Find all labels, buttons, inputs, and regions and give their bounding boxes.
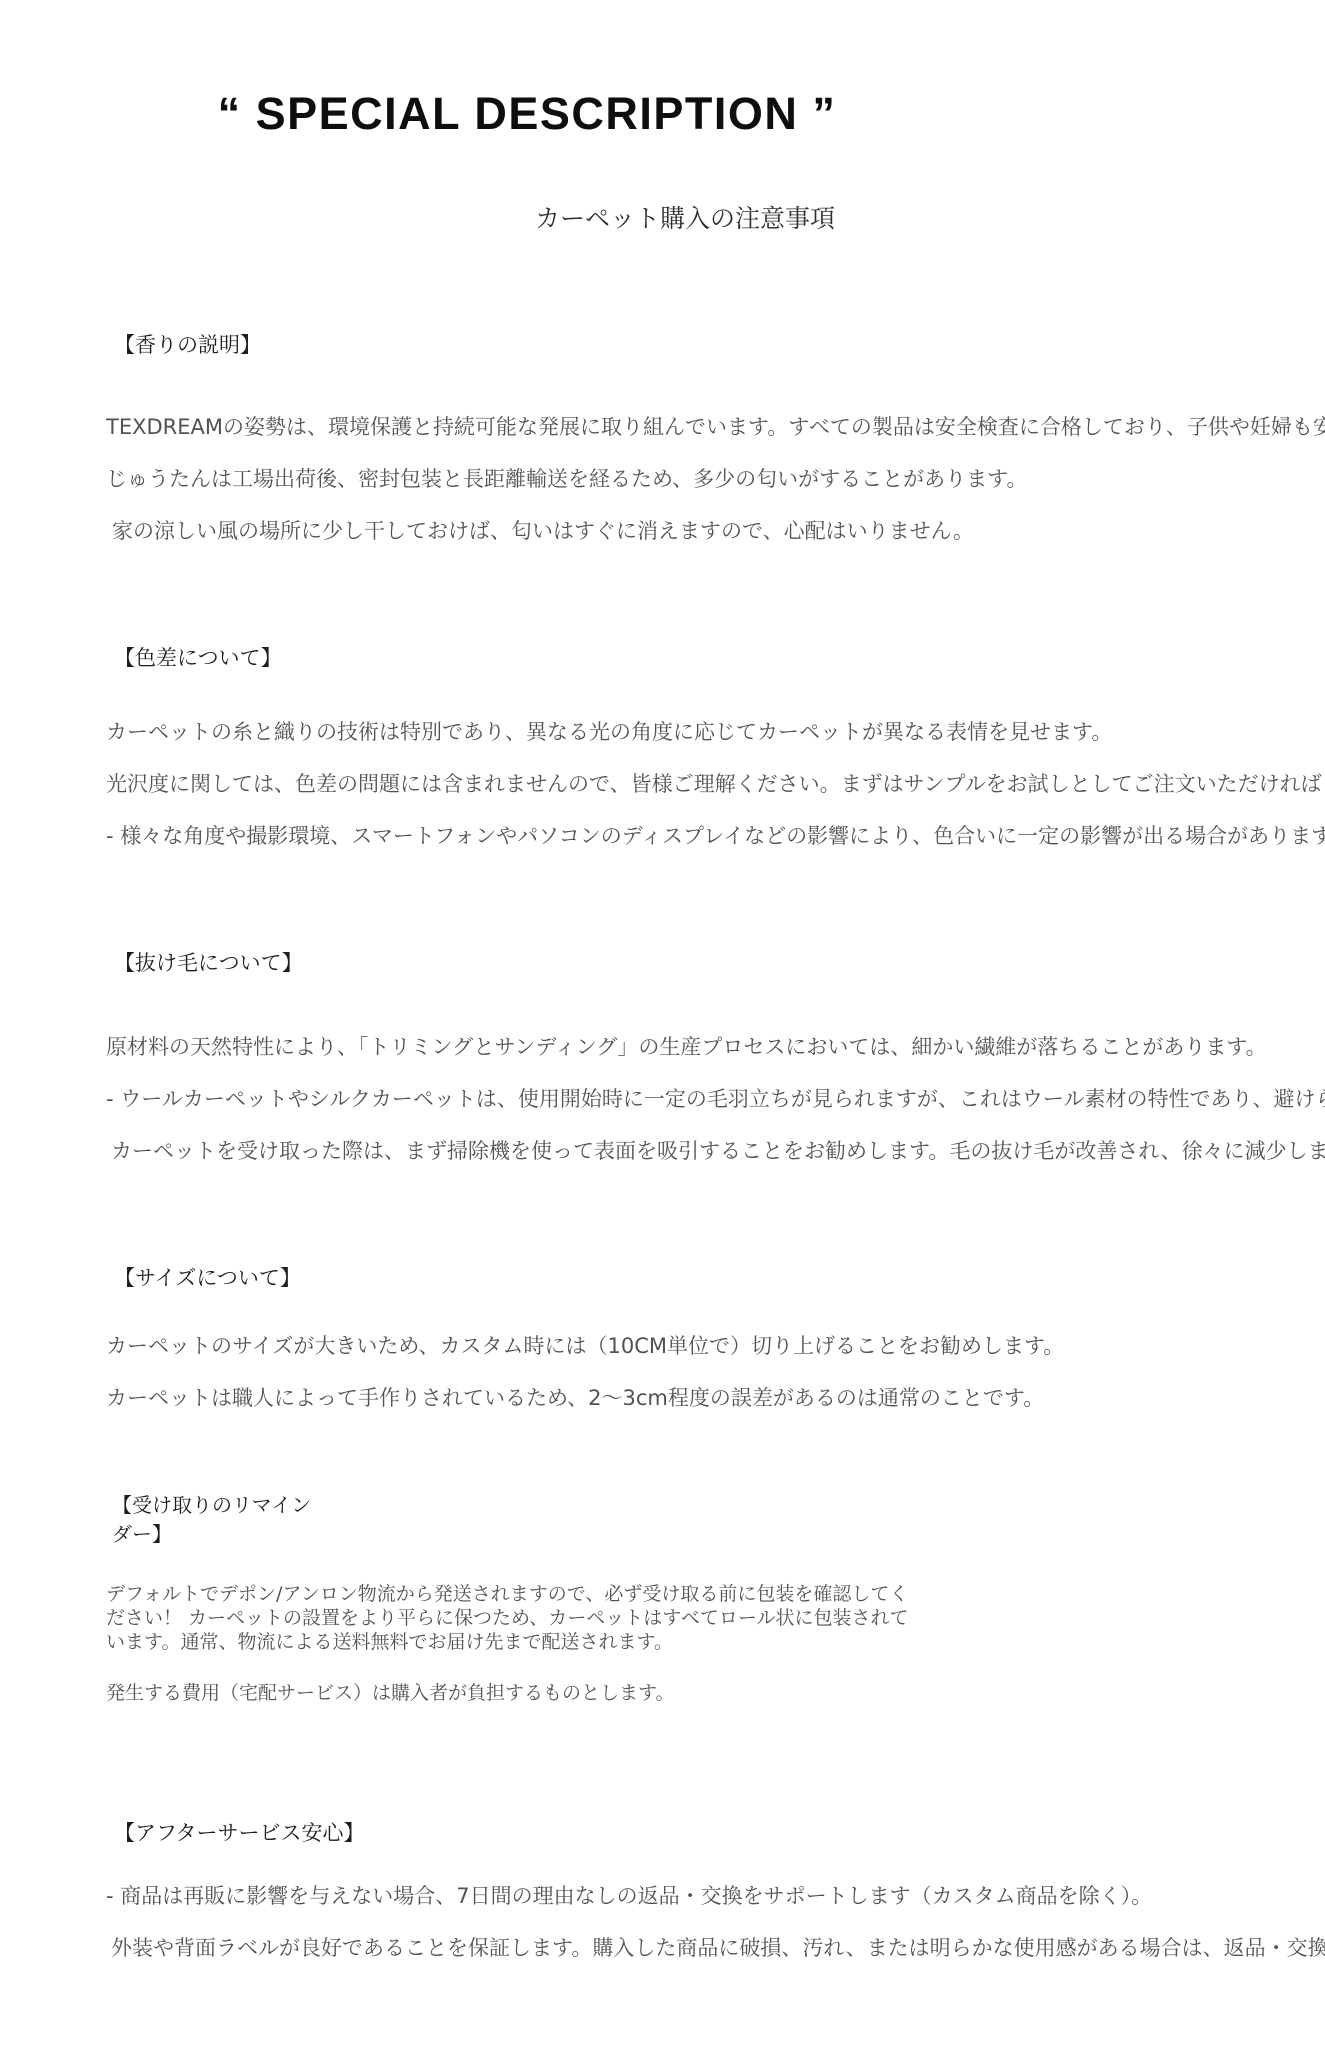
page-title: “ SPECIAL DESCRIPTION ” — [0, 88, 1054, 140]
paragraph-line: カーペットを受け取った際は、まず掃除機を使って表面を吸引することをお勧めします。… — [111, 1138, 1325, 1165]
section-heading-shedding: 【抜け毛について】 — [114, 950, 303, 977]
section-heading-after-service: 【アフターサービス安心】 — [114, 1820, 365, 1847]
page-subtitle: カーペット購入の注意事項 — [535, 199, 835, 235]
paragraph-line: TEXDREAMの姿勢は、環境保護と持続可能な発展に取り組んでいます。すべての製… — [106, 414, 1325, 441]
paragraph-line: カーペットは職人によって手作りされているため、2〜3cm程度の誤差があるのは通常… — [106, 1385, 1044, 1412]
section-heading-color-difference: 【色差について】 — [114, 645, 282, 672]
section-heading-scent: 【香りの説明】 — [114, 332, 261, 359]
paragraph-line: います。通常、物流による送料無料でお届け先まで配送されます。 — [106, 1631, 673, 1655]
paragraph-line: 発生する費用（宅配サービス）は購入者が負担するものとします。 — [106, 1682, 674, 1706]
section-heading-receiving-reminder-line1: 【受け取りのリマイン — [112, 1492, 311, 1518]
paragraph-line: カーペットのサイズが大きいため、カスタム時には（10CM単位で）切り上げることを… — [106, 1333, 1064, 1360]
product-description-page: “ SPECIAL DESCRIPTION ” カーペット購入の注意事項 【香り… — [0, 0, 1325, 2048]
paragraph-line: 原材料の天然特性により、「トリミングとサンディング」の生産プロセスにおいては、細… — [106, 1034, 1267, 1061]
paragraph-line: じゅうたんは工場出荷後、密封包装と長距離輸送を経るため、多少の匂いがすることがあ… — [106, 466, 1027, 493]
section-heading-size: 【サイズについて】 — [114, 1265, 301, 1292]
paragraph-line: 家の涼しい風の場所に少し干しておけば、匂いはすぐに消えますので、心配はいりません… — [112, 518, 974, 545]
paragraph-line: カーペットの糸と織りの技術は特別であり、異なる光の角度に応じてカーペットが異なる… — [106, 719, 1112, 746]
paragraph-line: 光沢度に関しては、色差の問題には含まれませんので、皆様ご理解ください。まずはサン… — [106, 771, 1322, 798]
paragraph-line: デフォルトでデポン/アンロン物流から発送されますので、必ず受け取る前に包装を確認… — [106, 1583, 908, 1607]
paragraph-line: - ウールカーペットやシルクカーペットは、使用開始時に一定の毛羽立ちが見られます… — [106, 1086, 1325, 1113]
paragraph-line: 外装や背面ラベルが良好であることを保証します。購入した商品に破損、汚れ、または明… — [111, 1935, 1325, 1962]
paragraph-line: ださい！ カーペットの設置をより平らに保つため、カーペットはすべてロール状に包装… — [106, 1607, 909, 1631]
section-heading-receiving-reminder-line2: ダー】 — [112, 1521, 172, 1547]
paragraph-line: - 様々な角度や撮影環境、スマートフォンやパソコンのディスプレイなどの影響により… — [106, 823, 1325, 850]
paragraph-line: - 商品は再販に影響を与えない場合、7日間の理由なしの返品・交換をサポートします… — [106, 1883, 1152, 1910]
